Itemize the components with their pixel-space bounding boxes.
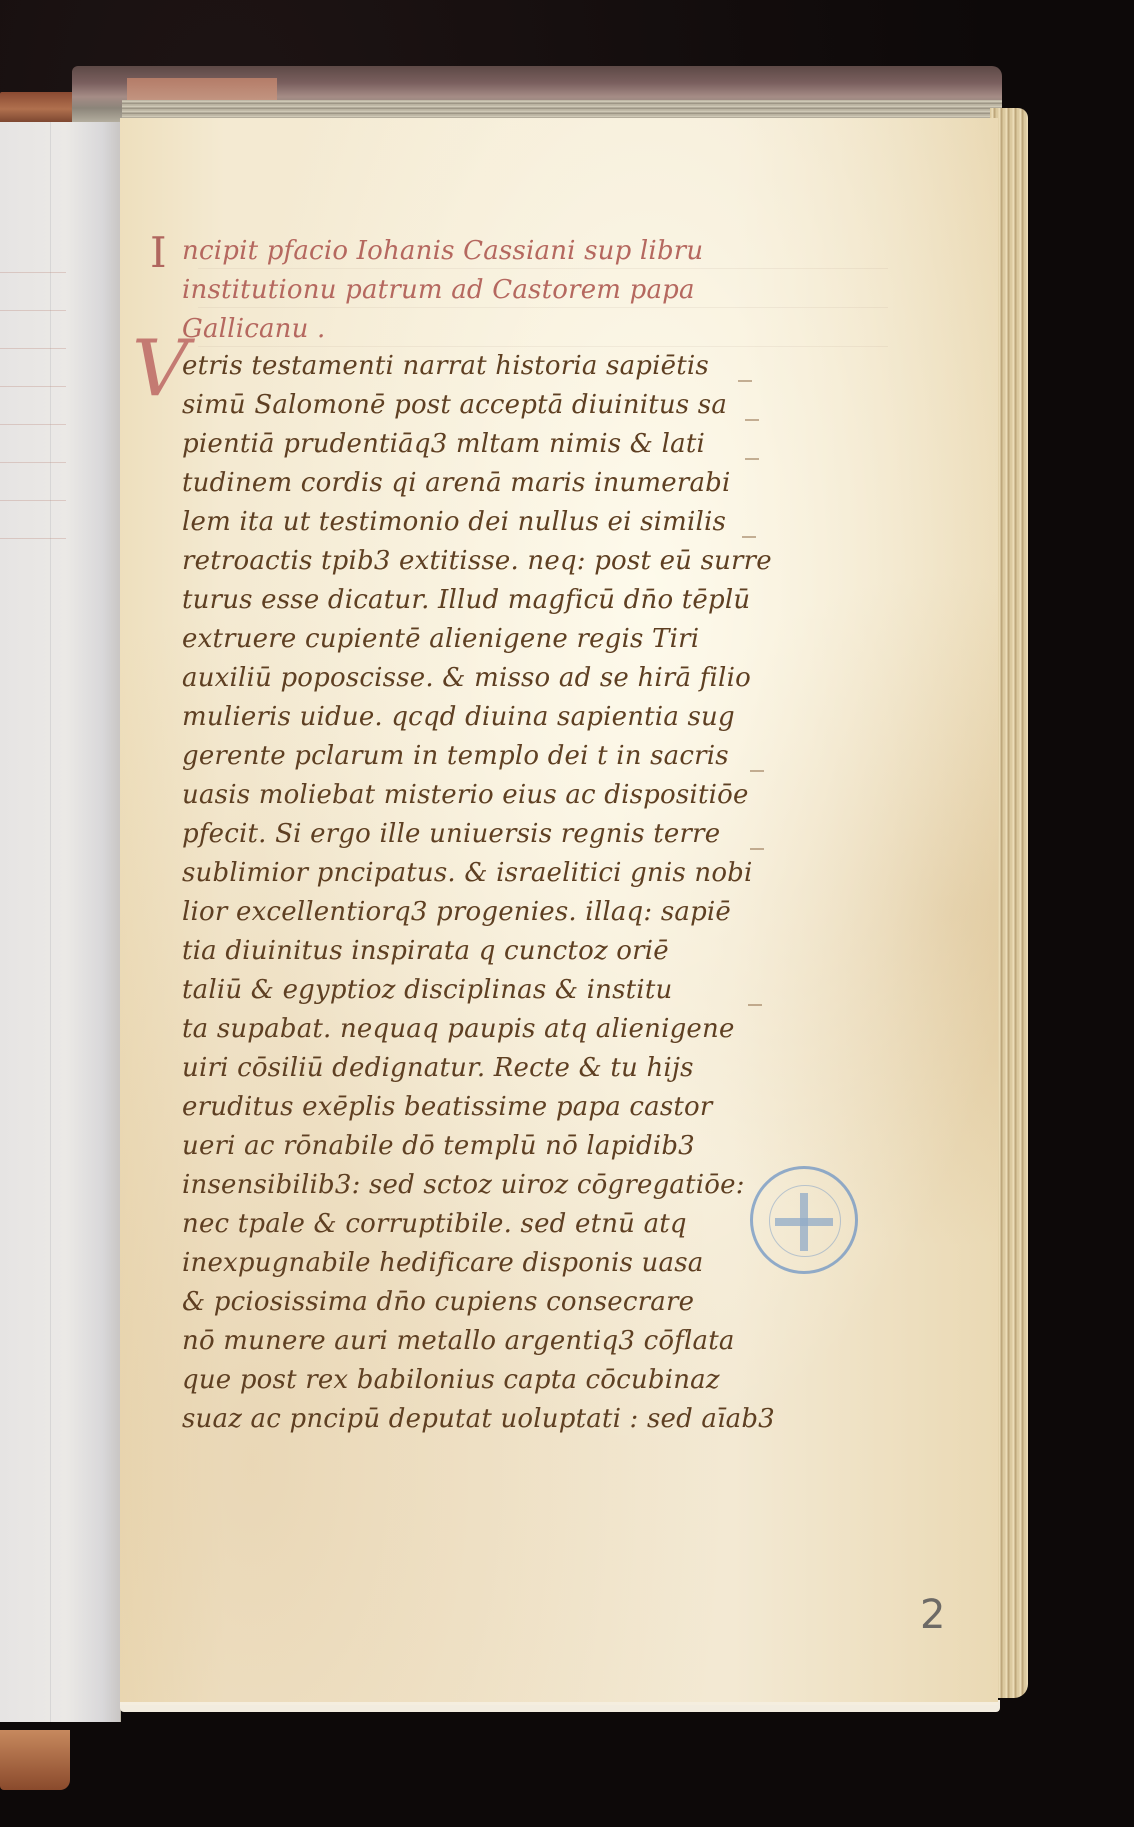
book-head-edge — [72, 66, 1002, 122]
text-line: & pciosissima dn̄o cupiens consecrare — [182, 1287, 694, 1317]
rubric-paragraph-mark: I — [150, 232, 167, 274]
library-stamp — [750, 1166, 858, 1274]
rubric-line: institutionu patrum ad Castorem papa — [182, 275, 695, 305]
margin-tick — [745, 419, 759, 421]
text-line: que post rex babilonius capta cōcubinaz — [182, 1365, 720, 1395]
left-leaf-ruling — [0, 538, 66, 539]
left-leaf-ruling — [0, 500, 66, 501]
left-leaf-ruling — [0, 310, 66, 311]
margin-tick — [750, 848, 764, 850]
text-line: retroactis tpib3 extitisse. neq: post eū… — [182, 546, 772, 576]
left-leaf-ruling — [0, 348, 66, 349]
manuscript-page: I ncipit pfacio Iohanis Cassiani sup lib… — [120, 118, 998, 1705]
stamp-cross-icon — [800, 1193, 808, 1251]
text-line: nec tpale & corruptibile. sed etnū atq — [182, 1209, 687, 1239]
ruling-line — [198, 346, 888, 347]
previous-leaf — [0, 122, 121, 1722]
initial-letter-v: V — [132, 330, 188, 408]
left-leaf-ruling — [0, 424, 66, 425]
faint-marginal-offset — [820, 976, 930, 1016]
text-line: ueri ac rōnabile dō templū nō lapidib3 — [182, 1131, 695, 1161]
left-leaf-ruling — [0, 386, 66, 387]
text-line: uasis moliebat misterio eius ac disposit… — [182, 780, 749, 810]
text-line: pfecit. Si ergo ille uniuersis regnis te… — [182, 819, 720, 849]
left-leaf-ruling — [0, 462, 66, 463]
text-line: mulieris uidue. qcqd diuina sapientia su… — [182, 702, 735, 732]
left-leaf-ruling-vertical — [50, 122, 51, 1722]
text-line: inexpugnabile hedificare disponis uasa — [182, 1248, 703, 1278]
text-line: simū Salomonē post acceptā diuinitus sa — [182, 390, 727, 420]
rubric-line: Gallicanu . — [182, 314, 326, 344]
margin-tick — [748, 1004, 762, 1006]
spine-tab — [127, 78, 277, 100]
margin-tick — [750, 770, 764, 772]
text-line: pientiā prudentiāq3 mltam nimis & lati — [182, 429, 705, 459]
text-line: turus esse dicatur. Illud magficū dn̄o t… — [182, 585, 750, 615]
text-line: gerente pclarum in templo dei t in sacri… — [182, 741, 729, 771]
text-line: lior excellentiorq3 progenies. illaq: sa… — [182, 897, 731, 927]
left-leaf-ruling — [0, 272, 66, 273]
folio-number: 2 — [920, 1592, 945, 1638]
ruling-line — [198, 268, 888, 269]
margin-tick — [742, 536, 756, 538]
text-line: tudinem cordis qi arenā maris inumerabi — [182, 468, 731, 498]
left-binding-corner — [0, 1730, 70, 1790]
text-line: taliū & egyptioz disciplinas & institu — [182, 975, 672, 1005]
rubric-line: ncipit pfacio Iohanis Cassiani sup libru — [182, 236, 703, 266]
margin-tick — [745, 458, 759, 460]
text-line: tia diuinitus inspirata q cunctoz oriē — [182, 936, 669, 966]
text-line: insensibilib3: sed sctoz uiroz cōgregati… — [182, 1170, 745, 1200]
margin-tick — [738, 380, 752, 382]
ruling-line — [198, 307, 888, 308]
text-line: sublimior pncipatus. & israelitici gnis … — [182, 858, 753, 888]
text-line: auxiliū poposcisse. & misso ad se hirā f… — [182, 663, 751, 693]
text-line: lem ita ut testimonio dei nullus ei simi… — [182, 507, 726, 537]
text-line: uiri cōsiliū dedignatur. Recte & tu hijs — [182, 1053, 694, 1083]
text-line: nō munere auri metallo argentiq3 cōflata — [182, 1326, 735, 1356]
text-line: eruditus exēplis beatissime papa castor — [182, 1092, 713, 1122]
text-line: suaz ac pncipū deputat uoluptati : sed a… — [182, 1404, 775, 1434]
text-line: extruere cupientē alienigene regis Tiri — [182, 624, 699, 654]
text-line: etris testamenti narrat historia sapiēti… — [182, 351, 709, 381]
text-line: ta supabat. nequaq paupis atq alienigene — [182, 1014, 735, 1044]
